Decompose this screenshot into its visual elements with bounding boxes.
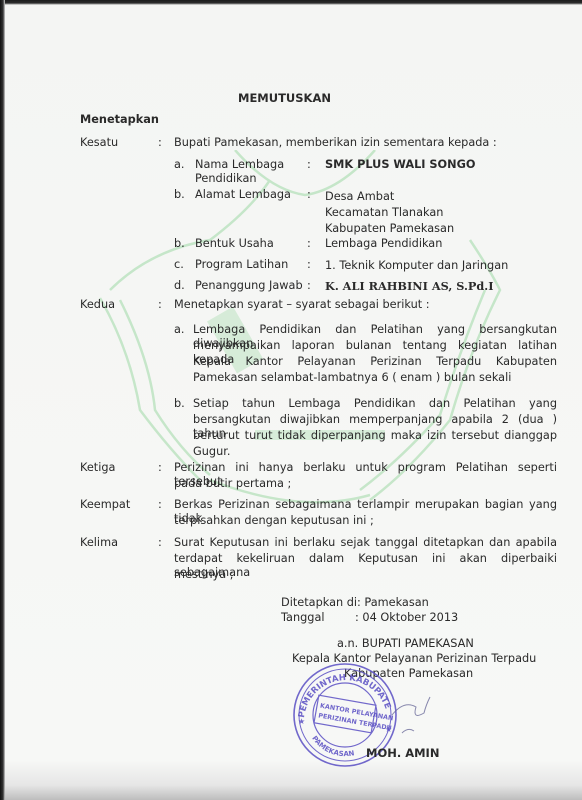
section-text-kesatu: Bupati Pamekasan, memberikan izin sement… <box>174 136 497 150</box>
colon: : <box>158 461 162 475</box>
colon: : <box>158 498 162 512</box>
field-value-alamat-1: Desa Ambat <box>325 190 394 204</box>
svg-text:★: ★ <box>298 717 305 726</box>
field-value-program-latihan: 1. Teknik Komputer dan Jaringan <box>325 259 508 273</box>
kelima-line-1: Surat Keputusan ini berlaku sejak tangga… <box>174 536 557 550</box>
colon: : <box>307 258 311 272</box>
kelima-line-3: mestinya ; <box>174 568 234 582</box>
field-label-nama-lembaga-2: Pendidikan <box>195 172 257 186</box>
section-label-kelima: Kelima <box>80 536 118 550</box>
on-behalf-line: a.n. BUPATI PAMEKASAN <box>337 637 474 651</box>
field-value-penanggung-jawab: K. ALI RAHBINI AS, S.Pd.I <box>325 279 494 293</box>
kedua-a-line-4: Pamekasan selambat-lambatnya 6 ( enam ) … <box>193 371 511 385</box>
section-label-kedua: Kedua <box>80 298 115 312</box>
colon: : <box>158 136 162 150</box>
place-value: : Pamekasan <box>357 596 429 610</box>
date-value: : 04 Oktober 2013 <box>355 611 458 625</box>
field-label-alamat: Alamat Lembaga <box>195 188 291 202</box>
colon: : <box>158 298 162 312</box>
colon: : <box>307 158 311 172</box>
kedua-b-line-1: Setiap tahun Lembaga Pendidikan dan Pela… <box>193 397 557 411</box>
section-label-keempat: Keempat <box>80 498 130 512</box>
colon: : <box>158 536 162 550</box>
item-marker: b. <box>174 237 185 251</box>
keempat-line-2: terpisahkan dengan keputusan ini ; <box>174 514 374 528</box>
decision-subtitle: Menetapkan <box>80 113 159 127</box>
kedua-b-line-4: Gugur. <box>193 445 230 459</box>
field-label-penanggung-jawab: Penanggung Jawab <box>195 279 303 293</box>
item-marker: b. <box>174 397 185 411</box>
colon: : <box>307 279 311 293</box>
item-marker: a. <box>174 323 185 337</box>
signature-scribble-icon <box>384 685 454 745</box>
colon: : <box>307 237 311 251</box>
field-label-nama-lembaga: Nama Lembaga <box>195 158 284 172</box>
field-value-alamat-2: Kecamatan Tlanakan <box>325 206 443 220</box>
field-label-program-latihan: Program Latihan <box>195 258 288 272</box>
ketiga-line-2: pada butir pertama ; <box>174 477 291 491</box>
place-label: Ditetapkan di <box>281 596 357 610</box>
field-label-bentuk-usaha: Bentuk Usaha <box>195 237 274 251</box>
section-label-ketiga: Ketiga <box>80 461 115 475</box>
colon: : <box>307 188 311 202</box>
item-marker: c. <box>174 258 184 272</box>
date-label: Tanggal <box>281 611 325 625</box>
kedua-a-line-3: Kepala Kantor Pelayanan Perizinan Terpad… <box>193 355 557 369</box>
item-marker: b. <box>174 188 185 202</box>
kedua-b-line-3: berturut turut tidak diperpanjang maka i… <box>193 429 557 443</box>
decision-title: MEMUTUSKAN <box>238 91 331 105</box>
field-value-alamat-3: Kabupaten Pamekasan <box>325 222 454 236</box>
section-text-kedua: Menetapkan syarat – syarat sebagai berik… <box>174 298 430 312</box>
item-marker: d. <box>174 279 185 293</box>
item-marker: a. <box>174 158 185 172</box>
field-value-nama-lembaga: SMK PLUS WALI SONGO <box>325 158 475 172</box>
field-value-bentuk-usaha: Lembaga Pendidikan <box>325 237 442 251</box>
section-label-kesatu: Kesatu <box>80 136 118 150</box>
scan-edge-shadow <box>0 0 5 800</box>
signatory-name: MOH. AMIN <box>366 746 439 760</box>
